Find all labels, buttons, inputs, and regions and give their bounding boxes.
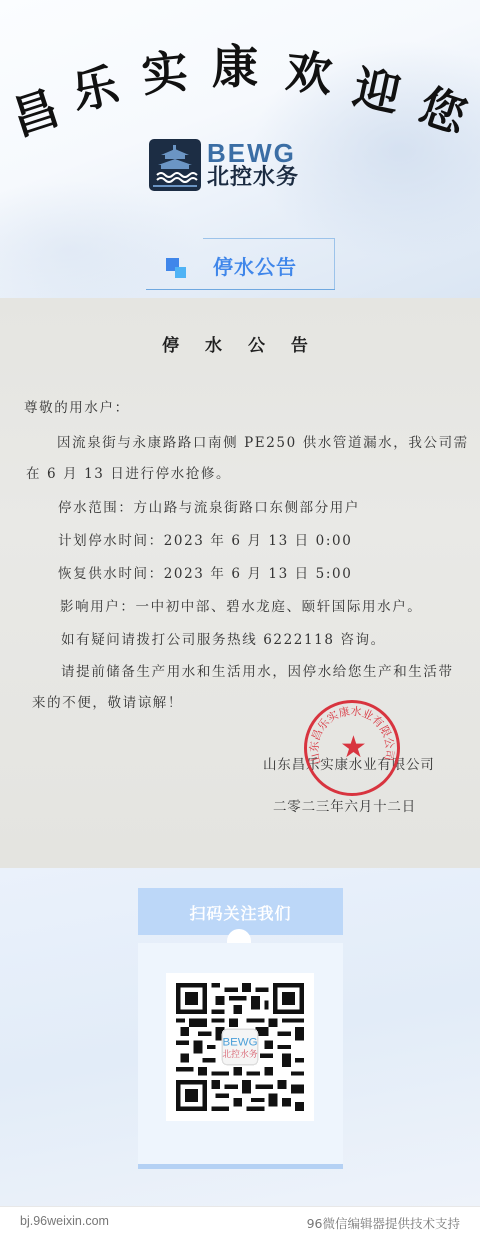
- notice-date: 二零二三年六月十二日: [273, 795, 416, 815]
- qr-card: BEWG 北控水务: [138, 943, 343, 1166]
- welcome-char: 康: [212, 44, 258, 90]
- welcome-char: 迎: [350, 64, 405, 119]
- star-icon: ★: [340, 733, 367, 763]
- section-title-label: 停水公告: [213, 251, 297, 280]
- notice-paragraph: 因流泉街与永康路路口南侧 PE250 供水管道漏水，我公司需: [57, 431, 469, 451]
- welcome-char: 实: [140, 48, 191, 99]
- bewg-logo: BEWG 北控水务: [149, 138, 319, 192]
- footer-credit[interactable]: 96微信编辑器提供技术支持: [307, 1214, 460, 1232]
- welcome-banner: 昌 乐 实 康 欢 迎 您 BEWG 北控水务 停水公告: [0, 0, 480, 298]
- company-seal: 山东昌乐实康水业有限公司 ★: [304, 700, 400, 796]
- notice-apology: 来的不便，敬请谅解！: [32, 691, 183, 711]
- notice-apology: 请提前储备生产用水和生活用水，因停水给您生产和生活带: [61, 660, 454, 680]
- title-underline: [146, 289, 335, 290]
- notice-paragraph: 在 6 月 13 日进行停水抢修。: [26, 462, 231, 482]
- qr-header: 扫码关注我们: [138, 888, 343, 935]
- qr-section: 扫码关注我们: [0, 868, 480, 1206]
- temple-water-logo-icon: [149, 139, 201, 191]
- qr-header-label: 扫码关注我们: [138, 901, 343, 924]
- svg-text:北控水务: 北控水务: [222, 1048, 257, 1060]
- notice-affected: 影响用户：一中初中部、碧水龙庭、颐轩国际用水户。: [60, 595, 422, 615]
- notice-scope: 停水范围：方山路与流泉街路口东侧部分用户: [58, 496, 360, 516]
- welcome-char: 乐: [68, 62, 123, 117]
- logo-text-cn: 北控水务: [207, 166, 299, 190]
- logo-text-en: BEWG: [207, 140, 299, 166]
- notice-document: 停 水 公 告 尊敬的用水户： 因流泉街与永康路路口南侧 PE250 供水管道漏…: [0, 298, 480, 868]
- notice-title: 停 水 公 告: [0, 331, 480, 356]
- notice-greeting: 尊敬的用水户：: [24, 396, 130, 416]
- footer: bj.96weixin.com 96微信编辑器提供技术支持: [0, 1206, 480, 1236]
- stacked-squares-icon-accent: [175, 267, 186, 278]
- welcome-char: 欢: [284, 48, 335, 99]
- notice-planned-stop: 计划停水时间：2023 年 6 月 13 日 0:00: [58, 529, 352, 549]
- section-title: 停水公告: [146, 238, 335, 290]
- footer-site-link[interactable]: bj.96weixin.com: [20, 1214, 109, 1228]
- qr-code-icon: BEWG 北控水务: [176, 983, 304, 1111]
- qr-code[interactable]: BEWG 北控水务: [166, 973, 314, 1121]
- qr-bottom-bar: [138, 1164, 343, 1169]
- notice-restore: 恢复供水时间：2023 年 6 月 13 日 5:00: [58, 562, 352, 582]
- svg-text:BEWG: BEWG: [222, 1037, 257, 1049]
- welcome-char: 昌: [6, 84, 64, 142]
- notice-hotline: 如有疑问请拨打公司服务热线 6222118 咨询。: [61, 628, 386, 648]
